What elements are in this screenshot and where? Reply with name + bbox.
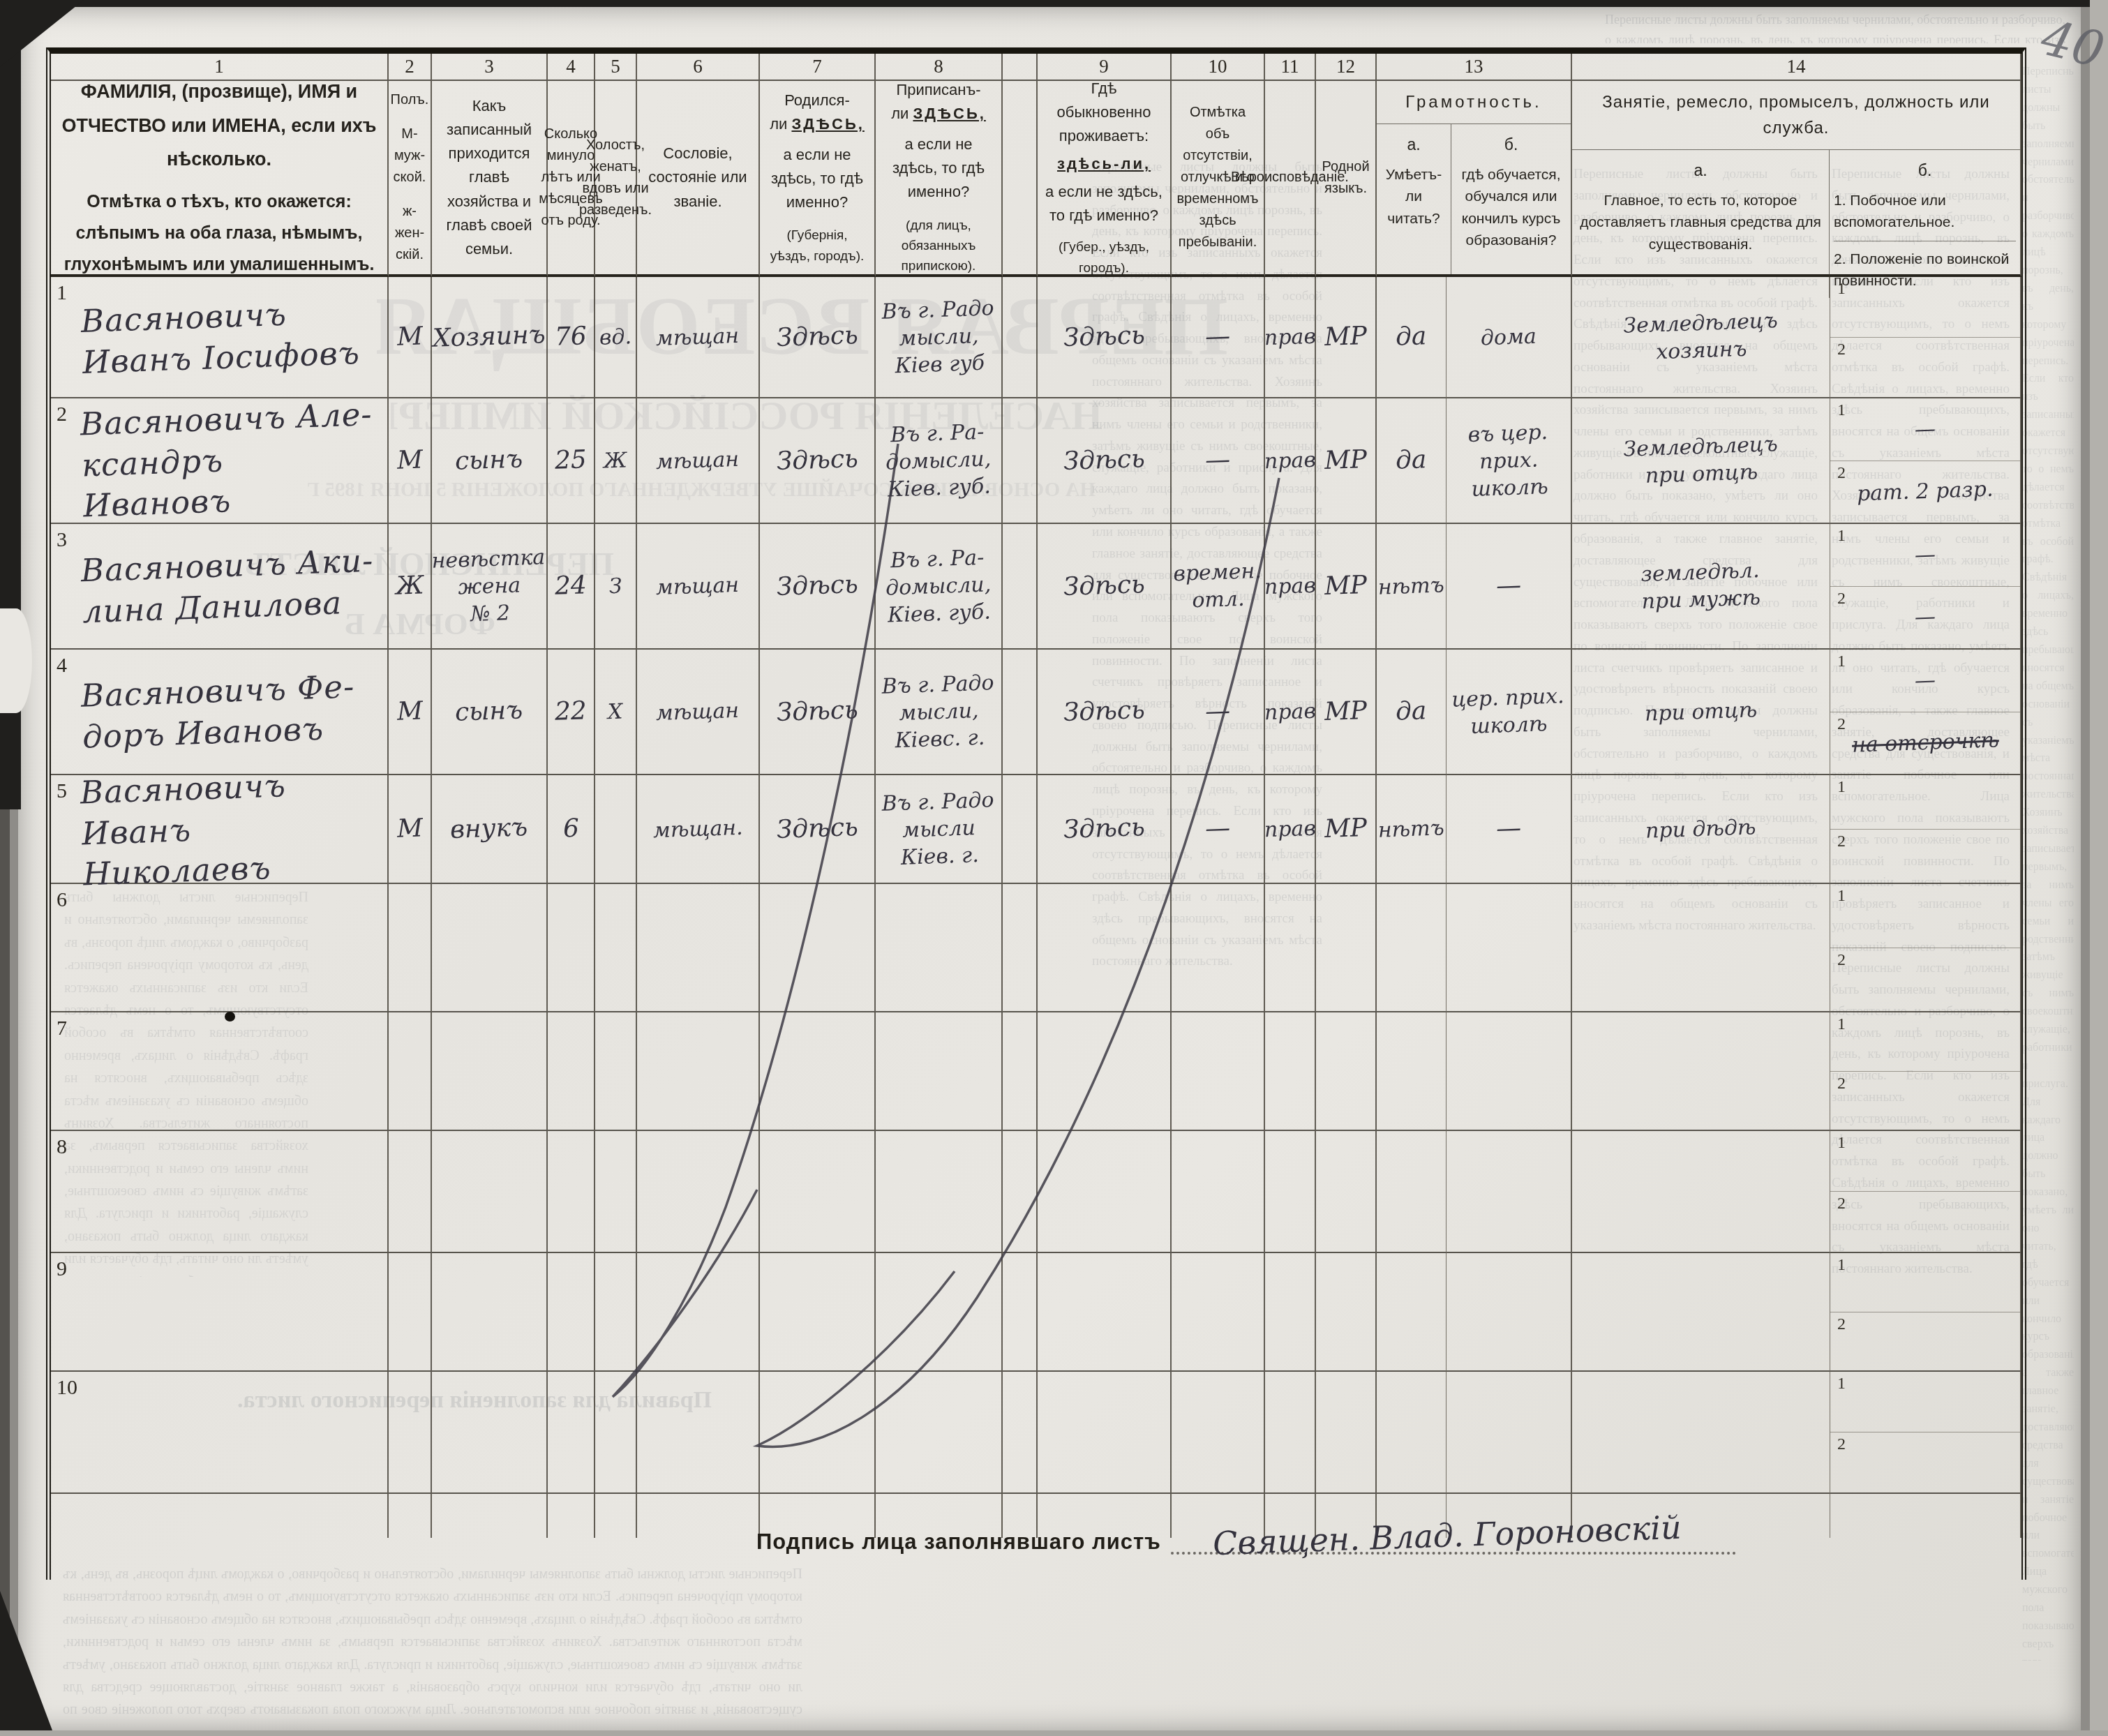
side-sub-label-2: 2	[1837, 1075, 1846, 1093]
empty-cell	[1316, 1012, 1377, 1131]
side-sub-label-1: 1	[1837, 527, 1846, 546]
header-birthplace: Родился-ли ЗДѢСЬ, а если не здѣсь, то гд…	[760, 81, 876, 277]
side-sub-label-2: 2	[1837, 951, 1846, 970]
entry-religion: прав	[1264, 446, 1316, 475]
entry-residence: Здѣсь	[1063, 320, 1145, 355]
header-spacer	[1003, 81, 1038, 277]
empty-cell	[595, 1012, 637, 1131]
scanned-census-sheet: ПЕРВАЯ ВСЕОБЩАЯ ПЕРЕПИСЬ НАСЕЛЕНІЯ РОССІ…	[0, 0, 2108, 1736]
entry-religion: прав	[1264, 571, 1316, 601]
stub-cell	[51, 1494, 389, 1538]
entry-education: —	[1495, 569, 1522, 603]
col-number-14: 14	[1572, 54, 2021, 81]
entry-side-occupation: 1— 2на отсрочкѣ	[1830, 650, 2021, 775]
header-residence-here: здѣсь-ли,	[1057, 155, 1151, 172]
empty-cell	[876, 1012, 1003, 1131]
side-sub-label-1: 1	[1837, 887, 1846, 906]
table-row-3-name: 3 Васяновичъ Аки- лина Данилова	[51, 524, 389, 650]
empty-cell	[1265, 1012, 1316, 1131]
entry-absence: —	[1204, 695, 1231, 728]
header-relation-text: Какъ записанный приходится главѣ хозяйст…	[438, 94, 541, 261]
header-literacy-b-text: гдѣ обучается, обучался или кончилъ курс…	[1456, 164, 1567, 252]
header-marital: Холостъ, женатъ, вдовъ или разведенъ.	[595, 81, 637, 277]
empty-cell	[760, 884, 876, 1012]
scan-edge-bottom	[0, 1730, 2108, 1736]
entry-marital: Х	[608, 698, 624, 726]
side-sub-label-2: 2	[1837, 341, 1846, 359]
entry-registration: Въ г. Ра- домысли, Кіев. губ.	[884, 544, 992, 629]
col-number-12: 12	[1316, 54, 1377, 81]
empty-cell	[1572, 1012, 1830, 1131]
spacer-cell	[1003, 277, 1038, 398]
entry-occupation: земледѣл. при мужѣ	[1640, 557, 1761, 615]
entry-marital: З	[608, 572, 622, 600]
entry-marital: Ж	[603, 447, 627, 474]
empty-cell	[1447, 1131, 1572, 1253]
entry-relation: сынъ	[455, 443, 524, 478]
side-sub-label-2: 2	[1837, 715, 1846, 734]
entry-side-occupation: 1 2	[1830, 1253, 2021, 1372]
entry-side-occupation: 1— 2рат. 2 разр.	[1830, 398, 2021, 524]
empty-cell	[595, 1372, 637, 1494]
side-sub-label-2: 2	[1837, 590, 1846, 608]
col-number-spacer	[1003, 54, 1038, 81]
entry-birthplace: Здѣсь	[776, 811, 858, 847]
header-residence-lead: Гдѣ обыкновенно проживаетъ:	[1043, 77, 1165, 148]
entry-estate: мѣщан	[656, 571, 740, 601]
entry-occupation: Земледѣлецъ при отцѣ	[1622, 431, 1779, 491]
header-registration-rest: а если не здѣсь, то гдѣ именно?	[881, 133, 996, 204]
table-row-8-name: 8	[51, 1131, 389, 1253]
empty-cell	[1038, 1012, 1172, 1131]
side-sub-label-1: 1	[1837, 1375, 1846, 1393]
side-sub-label-1: 1	[1837, 1256, 1846, 1275]
ink-blot	[225, 1012, 235, 1022]
entry-estate: мѣщан	[656, 696, 740, 726]
header-occupation-title: Занятіе, ремесло, промыселъ, должность и…	[1572, 81, 2020, 150]
entry-age: 24	[554, 569, 587, 603]
spacer-cell	[1003, 524, 1038, 650]
entry-education: дома	[1480, 322, 1537, 352]
empty-cell	[548, 1012, 595, 1131]
header-occupation: Занятіе, ремесло, промыселъ, должность и…	[1572, 81, 2021, 277]
empty-cell	[389, 1253, 432, 1372]
spacer-cell	[1003, 650, 1038, 775]
empty-cell	[876, 1372, 1003, 1494]
empty-cell	[1316, 884, 1377, 1012]
side-sub-label-2: 2	[1837, 1315, 1846, 1334]
empty-cell	[1172, 1012, 1265, 1131]
empty-cell	[595, 1253, 637, 1372]
header-registration-paren: (для лицъ, обязанныхъ припискою).	[881, 216, 996, 277]
header-literacy-b: б. гдѣ обучается, обучался или кончилъ к…	[1451, 124, 1571, 274]
empty-cell	[1038, 884, 1172, 1012]
side-sub-label-2: 2	[1837, 464, 1846, 483]
row-number: 5	[57, 779, 67, 803]
empty-cell	[637, 1372, 760, 1494]
entry-birthplace: Здѣсь	[776, 569, 858, 604]
scan-edge-top	[0, 0, 2108, 7]
empty-cell	[1265, 1253, 1316, 1372]
entry-age: 76	[554, 320, 587, 354]
col-number-6: 6	[637, 54, 760, 81]
empty-cell	[389, 1131, 432, 1253]
header-residence-rest: а если не здѣсь, то гдѣ именно?	[1043, 180, 1165, 227]
entry-side-occupation: 1 2	[1830, 277, 2021, 398]
empty-cell	[1377, 1131, 1447, 1253]
row-number: 3	[57, 528, 67, 552]
table-row-1-name: 1 Васяновичъ Иванъ Іосифовъ	[51, 277, 389, 398]
header-occupation-b-label: б.	[1918, 158, 1932, 183]
empty-cell	[1172, 1253, 1265, 1372]
side-sub-label-2: 2	[1837, 1195, 1846, 1213]
table-row-4-name: 4 Васяновичъ Фе- доръ Ивановъ	[51, 650, 389, 775]
entry-language: МР	[1324, 444, 1368, 478]
empty-cell	[548, 884, 595, 1012]
header-occupation-b: б. 1. Побочное или вспомогательное. 2. П…	[1830, 150, 2020, 298]
entry-estate: мѣщан	[656, 322, 740, 352]
empty-cell	[389, 1372, 432, 1494]
empty-cell	[432, 1131, 548, 1253]
entry-side-occupation: 1 2	[1830, 775, 2021, 884]
header-residence-paren: (Губер., уѣздъ, городъ).	[1043, 237, 1165, 278]
header-literacy-a-label: а.	[1407, 133, 1420, 157]
empty-cell	[1316, 1253, 1377, 1372]
empty-cell	[432, 1372, 548, 1494]
header-birthplace-here: ЗДѢСЬ,	[791, 115, 864, 133]
empty-cell	[1572, 1253, 1830, 1372]
row-number: 8	[57, 1135, 67, 1159]
spacer-cell	[1003, 1012, 1038, 1131]
col-number-7: 7	[760, 54, 876, 81]
header-surname-title: ФАМИЛІЯ, (прозвище), ИМЯ и ОТЧЕСТВО или …	[57, 75, 382, 177]
spacer-cell	[1003, 775, 1038, 884]
header-registration: Приписанъ-ли ЗДѢСЬ, а если не здѣсь, то …	[876, 81, 1003, 277]
empty-cell	[1172, 1131, 1265, 1253]
empty-cell	[432, 1253, 548, 1372]
header-occupation-a: а. Главное, то есть то, которое доставля…	[1572, 150, 1830, 298]
empty-cell	[637, 1012, 760, 1131]
empty-cell	[548, 1131, 595, 1253]
empty-cell	[760, 1012, 876, 1131]
header-birthplace-paren: (Губернія, уѣздъ, городъ).	[765, 225, 869, 267]
entry-relation: сынъ	[455, 694, 524, 729]
header-relation: Какъ записанный приходится главѣ хозяйст…	[432, 81, 548, 277]
torn-notch-left	[0, 608, 32, 713]
empty-cell	[1377, 1012, 1447, 1131]
empty-cell	[1316, 1131, 1377, 1253]
col-number-8: 8	[876, 54, 1003, 81]
entry-language: МР	[1324, 695, 1368, 729]
empty-cell	[1265, 1372, 1316, 1494]
header-literacy: Грамотность. а. Умѣетъ-ли читать? б. гдѣ…	[1377, 81, 1572, 277]
stub-cell	[637, 1494, 760, 1538]
entry-absence: —	[1204, 812, 1231, 846]
empty-cell	[595, 884, 637, 1012]
spacer-cell	[1003, 1372, 1038, 1494]
empty-cell	[389, 884, 432, 1012]
side-sub-label-1: 1	[1837, 652, 1846, 671]
scan-edge-right	[2090, 0, 2108, 1736]
side-sub-label-2: 2	[1837, 832, 1846, 851]
empty-cell	[1377, 1372, 1447, 1494]
entry-side-2: —	[1914, 604, 1936, 631]
entry-sex: М	[396, 812, 423, 846]
entry-birthplace: Здѣсь	[776, 694, 858, 730]
stub-cell	[432, 1494, 548, 1538]
empty-cell	[1377, 884, 1447, 1012]
header-occupation-a-text: Главное, то есть то, которое доставляетъ…	[1576, 190, 1825, 256]
empty-cell	[1447, 1372, 1572, 1494]
entry-registration: Въ г. Радо мысли, Кіевс. г.	[881, 669, 996, 755]
header-literacy-title: Грамотность.	[1377, 81, 1571, 124]
entry-residence: Здѣсь	[1063, 443, 1145, 479]
table-row-5-name: 5 Васяновичъ Иванъ Николаевъ	[51, 775, 389, 884]
empty-cell	[595, 1131, 637, 1253]
header-sex: Полъ. М-муж-ской. ж-жен-скій.	[389, 81, 432, 277]
entry-side-1: —	[1914, 666, 1936, 694]
entry-sex: Ж	[395, 569, 424, 603]
empty-cell	[1572, 884, 1830, 1012]
header-language: Родной языкъ.	[1316, 81, 1377, 277]
spacer-cell	[1003, 1253, 1038, 1372]
empty-cell	[1038, 1253, 1172, 1372]
empty-cell	[1377, 1253, 1447, 1372]
entry-name: Васяновичъ Але- ксандръ Ивановъ	[80, 394, 384, 527]
entry-registration: Въ г. Ра- домысли, Кіев. губ.	[884, 418, 992, 503]
header-occupation-a-label: а.	[1694, 158, 1707, 183]
empty-cell	[1447, 1012, 1572, 1131]
entry-literacy: нѣтъ	[1378, 571, 1445, 601]
header-sex-female: ж-жен-скій.	[394, 201, 425, 266]
entry-education: въ цер. прих. школѣ	[1467, 419, 1550, 503]
entry-side-occupation: 1 2	[1830, 1372, 2021, 1494]
entry-name: Васяновичъ Аки- лина Данилова	[80, 540, 375, 632]
entry-relation: невѣстка жена № 2	[431, 544, 547, 629]
signature-row: Подпись лица заполнявшаго листъ Священ. …	[756, 1513, 1736, 1555]
side-sub-label-1: 1	[1837, 280, 1846, 299]
stub-cell	[595, 1494, 637, 1538]
col-number-11: 11	[1265, 54, 1316, 81]
entry-religion: прав	[1264, 322, 1316, 352]
row-number: 6	[57, 888, 67, 912]
entry-absence: времен. отл.	[1173, 558, 1263, 615]
entry-name: Васяновичъ Фе- доръ Ивановъ	[80, 666, 357, 758]
empty-cell	[760, 1131, 876, 1253]
header-occupation-b1-text: 1. Побочное или вспомогательное.	[1834, 190, 2016, 241]
empty-cell	[1038, 1372, 1172, 1494]
entry-sex: М	[396, 695, 423, 728]
empty-cell	[876, 1131, 1003, 1253]
entry-relation: Хозяинъ	[432, 319, 546, 355]
header-surname-note: Отмѣтка о тѣхъ, кто окажется: слѣпымъ на…	[57, 186, 382, 280]
entry-occupation: при отцѣ	[1644, 696, 1758, 728]
entry-estate: мѣщан	[656, 445, 740, 475]
entry-registration: Въ г. Радо мысли, Кіев губ	[881, 294, 996, 380]
entry-literacy: да	[1396, 444, 1428, 477]
entry-relation: внукъ	[450, 811, 529, 847]
entry-side-1: —	[1914, 541, 1936, 569]
entry-literacy: нѣтъ	[1378, 814, 1445, 844]
header-language-text: Родной языкъ.	[1322, 156, 1370, 200]
empty-cell	[760, 1372, 876, 1494]
entry-age: 25	[554, 444, 587, 477]
entry-religion: прав	[1264, 814, 1316, 844]
col-number-5: 5	[595, 54, 637, 81]
col-number-4: 4	[548, 54, 595, 81]
empty-cell	[1172, 1372, 1265, 1494]
empty-cell	[1316, 1372, 1377, 1494]
entry-education: —	[1495, 812, 1522, 846]
header-estate: Сословіе, состояніе или званіе.	[637, 81, 760, 277]
empty-cell	[876, 884, 1003, 1012]
empty-cell	[637, 1253, 760, 1372]
entry-religion: прав	[1264, 697, 1316, 726]
empty-cell	[1172, 884, 1265, 1012]
row-number: 7	[57, 1017, 67, 1040]
header-birthplace-rest: а если не здѣсь, то гдѣ именно?	[765, 143, 869, 214]
entry-side-occupation: 1 2	[1830, 1131, 2021, 1253]
table-row-2-name: 2 Васяновичъ Але- ксандръ Ивановъ	[51, 398, 389, 524]
entry-education: цер. прих. школѣ	[1451, 682, 1566, 741]
entry-side-2: рат. 2 разр.	[1857, 476, 1994, 508]
entry-residence: Здѣсь	[1063, 694, 1145, 730]
entry-side-2-struck: на отсрочкѣ	[1851, 727, 1999, 759]
entry-age: 6	[562, 812, 580, 846]
header-religion: Вѣроисповѣданіе.	[1265, 81, 1316, 277]
entry-sex: М	[396, 444, 423, 477]
entry-occupation: при дѣдѣ	[1645, 814, 1757, 845]
empty-cell	[760, 1253, 876, 1372]
signature-label: Подпись лица заполнявшаго листъ	[756, 1529, 1161, 1555]
empty-cell	[432, 1012, 548, 1131]
entry-birthplace: Здѣсь	[776, 320, 858, 355]
side-sub-label-1: 1	[1837, 1015, 1846, 1034]
header-residence: Гдѣ обыкновенно проживаетъ: здѣсь-ли, а …	[1038, 81, 1172, 277]
entry-side-1: —	[1914, 415, 1936, 443]
stub-cell	[1830, 1494, 2021, 1538]
side-sub-label-1: 1	[1837, 1134, 1846, 1153]
empty-cell	[389, 1012, 432, 1131]
entry-literacy: да	[1396, 695, 1428, 728]
empty-cell	[1447, 1253, 1572, 1372]
empty-cell	[637, 884, 760, 1012]
spacer-cell	[1003, 1131, 1038, 1253]
spacer-cell	[1003, 398, 1038, 524]
spacer-cell	[1003, 884, 1038, 1012]
header-literacy-b-label: б.	[1504, 133, 1518, 157]
col-number-3: 3	[432, 54, 548, 81]
entry-absence: —	[1204, 320, 1231, 354]
row-number: 10	[57, 1376, 77, 1400]
header-estate-text: Сословіе, состояніе или званіе.	[643, 142, 753, 213]
entry-registration: Въ г. Радо мысли Кіев. г.	[881, 786, 996, 872]
entry-literacy: да	[1396, 320, 1428, 354]
entry-language: МР	[1324, 320, 1368, 354]
row-number: 1	[57, 281, 67, 305]
col-number-10: 10	[1172, 54, 1265, 81]
entry-marital: вд.	[599, 323, 631, 352]
table-row-9-name: 9	[51, 1253, 389, 1372]
empty-cell	[1265, 1131, 1316, 1253]
stub-cell	[389, 1494, 432, 1538]
header-literacy-a: а. Умѣетъ-ли читать?	[1377, 124, 1451, 274]
empty-cell	[1572, 1131, 1830, 1253]
side-sub-label-1: 1	[1837, 778, 1846, 797]
header-sex-male: М-муж-ской.	[394, 124, 426, 188]
col-number-2: 2	[389, 54, 432, 81]
entry-side-occupation: 1 2	[1830, 1012, 2021, 1131]
entry-language: МР	[1324, 569, 1368, 604]
entry-estate: мѣщан.	[652, 814, 743, 844]
empty-cell	[1265, 884, 1316, 1012]
entry-side-occupation: 1 2	[1830, 884, 2021, 1012]
census-table: 1 2 3 4 5 6 7 8 9 10 11 12 13 14 ФАМИЛІЯ…	[46, 47, 2026, 1580]
row-number: 2	[57, 403, 67, 426]
empty-cell	[876, 1253, 1003, 1372]
entry-side-occupation: 1— 2—	[1830, 524, 2021, 650]
signature-dotted-line: Священ. Влад. Гороновскій	[1171, 1513, 1736, 1555]
empty-cell	[548, 1372, 595, 1494]
header-surname: ФАМИЛІЯ, (прозвище), ИМЯ и ОТЧЕСТВО или …	[51, 81, 389, 277]
entry-sex: М	[396, 320, 423, 354]
empty-cell	[1447, 884, 1572, 1012]
header-sex-title: Полъ.	[391, 89, 429, 111]
entry-name: Васяновичъ Иванъ Іосифовъ	[80, 292, 361, 383]
empty-cell	[432, 884, 548, 1012]
entry-absence: —	[1204, 444, 1231, 477]
col-number-13: 13	[1377, 54, 1572, 81]
row-number: 9	[57, 1257, 67, 1281]
empty-cell	[637, 1131, 760, 1253]
entry-residence: Здѣсь	[1063, 569, 1145, 604]
table-row-7-name: 7	[51, 1012, 389, 1131]
side-sub-label-1: 1	[1837, 401, 1846, 420]
entry-residence: Здѣсь	[1063, 811, 1145, 847]
header-registration-here: ЗДѢСЬ,	[913, 105, 985, 122]
header-literacy-a-text: Умѣетъ-ли читать?	[1381, 164, 1447, 230]
empty-cell	[548, 1253, 595, 1372]
empty-cell	[1038, 1131, 1172, 1253]
stub-cell	[548, 1494, 595, 1538]
row-number: 4	[57, 654, 67, 678]
table-row-6-name: 6	[51, 884, 389, 1012]
entry-birthplace: Здѣсь	[776, 443, 858, 479]
entry-language: МР	[1324, 812, 1368, 846]
entry-name: Васяновичъ Иванъ Николаевъ	[80, 763, 384, 895]
empty-cell	[1572, 1372, 1830, 1494]
entry-age: 22	[554, 695, 587, 728]
table-row-10-name: 10	[51, 1372, 389, 1494]
side-sub-label-2: 2	[1837, 1435, 1846, 1454]
entry-occupation: Земледѣлецъ хозяинъ	[1622, 307, 1779, 367]
